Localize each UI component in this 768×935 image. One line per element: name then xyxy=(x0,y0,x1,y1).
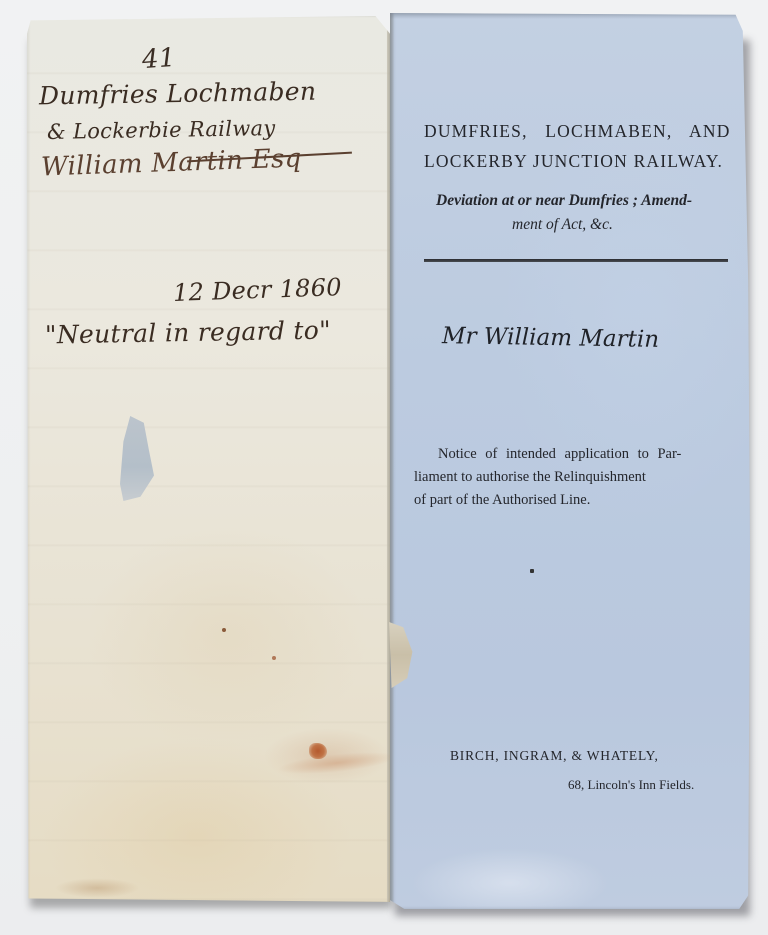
publisher-name: BIRCH, INGRAM, & WHATELY, xyxy=(450,748,659,764)
notice-line: Notice of intended application to Par- xyxy=(414,443,729,466)
left-handwritten-docket: 41 Dumfries Lochmaben & Lockerbie Railwa… xyxy=(27,16,390,902)
photo-background: 41 Dumfries Lochmaben & Lockerbie Railwa… xyxy=(0,0,768,935)
docket-date: 12 Decr 1860 xyxy=(173,273,343,307)
docket-recipient-name: William Martin Esq xyxy=(41,143,303,182)
docket-number: 41 xyxy=(141,43,177,75)
right-printed-notice: DUMFRIES, LOCHMABEN, AND LOCKERBY JUNCTI… xyxy=(390,13,750,909)
notice-body: Notice of intended application to Par- l… xyxy=(414,443,729,512)
horizontal-rule xyxy=(424,259,728,262)
notice-subtitle-line-1: Deviation at or near Dumfries ; Amend- xyxy=(436,192,692,210)
paper-edge xyxy=(387,16,390,902)
docket-note: "Neutral in regard to" xyxy=(45,316,331,350)
paper-edge xyxy=(390,13,394,909)
rust-streak-stain xyxy=(276,748,397,778)
torn-paper-patch xyxy=(120,416,154,501)
notice-line: of part of the Authorised Line. xyxy=(414,489,729,512)
foxing-spot xyxy=(272,656,276,660)
rust-stain-spot xyxy=(309,743,327,759)
notice-subtitle-line-2: ment of Act, &c. xyxy=(512,216,613,234)
paper-top-edge xyxy=(390,13,750,19)
docket-railway-line-2: & Lockerbie Railway xyxy=(47,116,276,144)
notice-line: liament to authorise the Relinquishment xyxy=(414,466,729,489)
ink-dot-mark xyxy=(530,569,534,573)
publisher-address: 68, Lincoln's Inn Fields. xyxy=(568,777,694,793)
docket-railway-line-1: Dumfries Lochmaben xyxy=(39,77,317,111)
foxing-spot xyxy=(222,628,226,632)
handwritten-addressee: Mr William Martin xyxy=(442,323,659,353)
notice-title-line-1: DUMFRIES, LOCHMABEN, AND xyxy=(424,121,731,142)
notice-title-line-2: LOCKERBY JUNCTION RAILWAY. xyxy=(424,151,723,172)
